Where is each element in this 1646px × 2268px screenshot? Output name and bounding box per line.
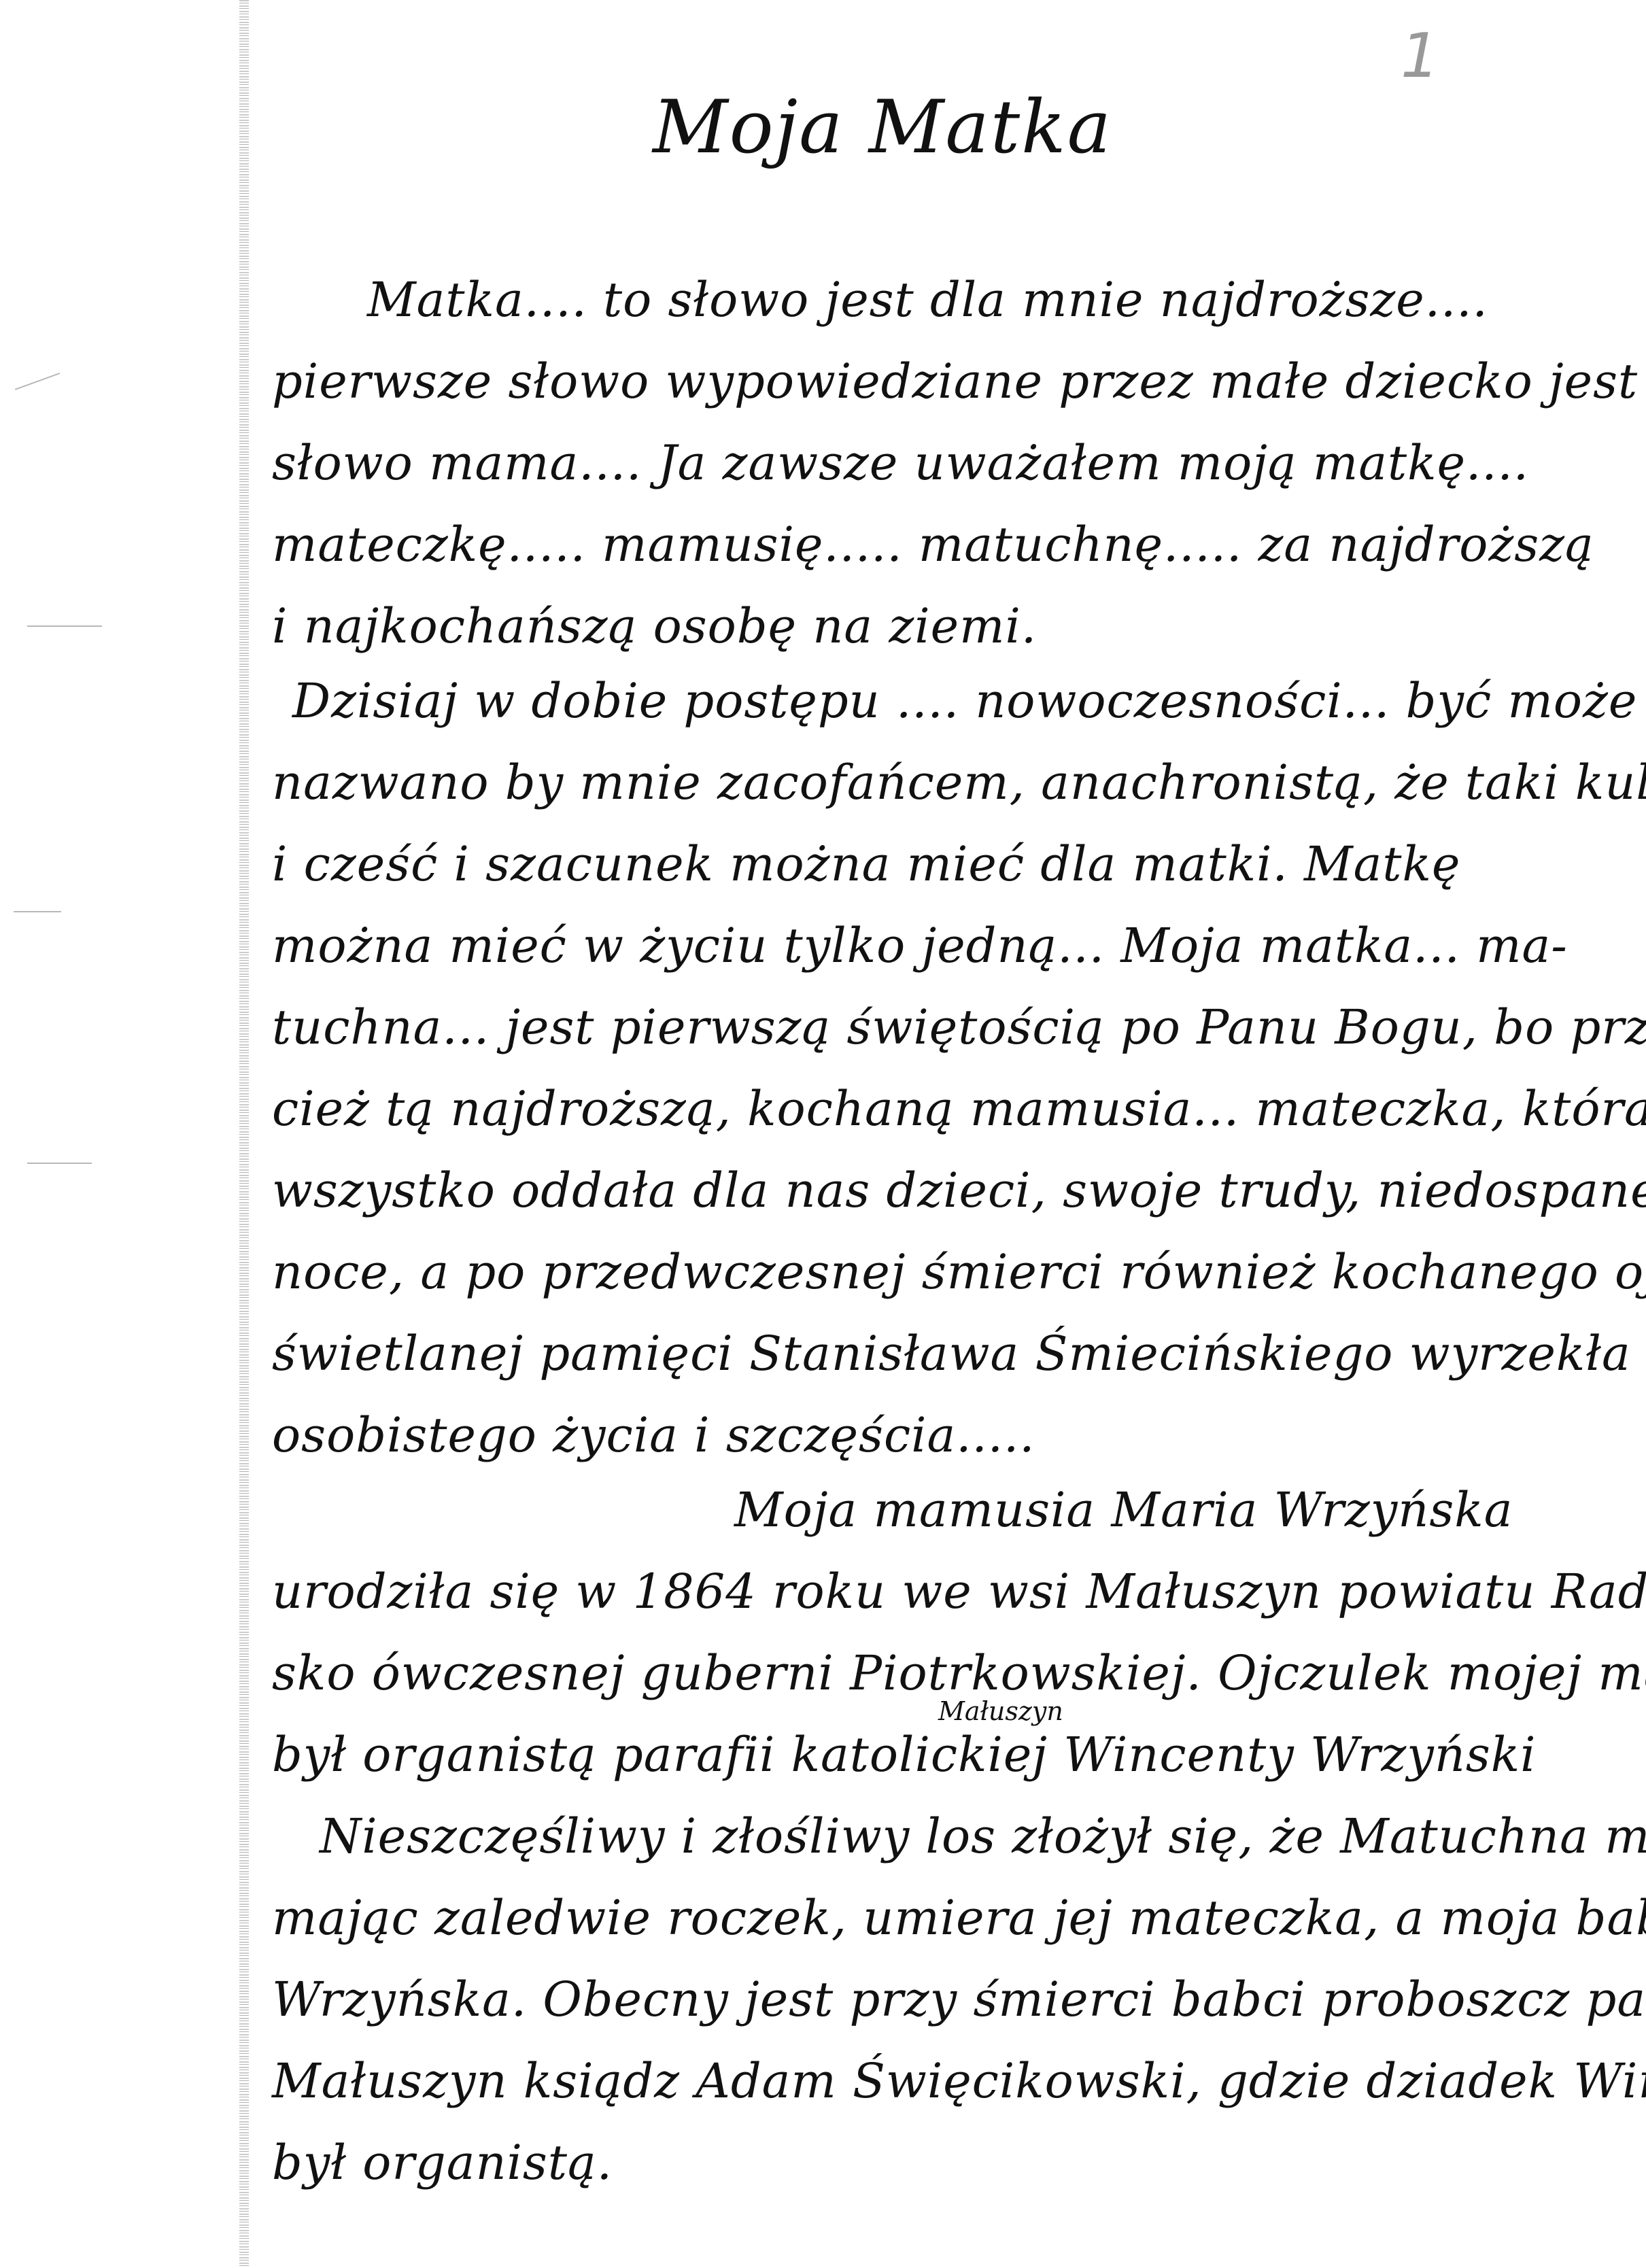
text-line: Matka.... to słowo jest dla mnie najdroż… — [367, 272, 1488, 328]
text-line: świetlanej pamięci Stanisława Śmieciński… — [272, 1326, 1646, 1381]
handwritten-page: 1 Moja Matka Matka.... to słowo jest dla… — [0, 0, 1646, 2268]
text-line: sko ówczesnej guberni Piotrkowskiej. Ojc… — [272, 1645, 1646, 1701]
text-line: noce, a po przedwczesnej śmierci również… — [272, 1244, 1646, 1300]
text-line: osobistego życia i szczęścia..... — [272, 1407, 1035, 1463]
text-line: Nieszczęśliwy i złośliwy los złożył się,… — [320, 1808, 1646, 1864]
text-line: wszystko oddała dla nas dzieci, swoje tr… — [272, 1163, 1646, 1218]
margin-mark — [27, 625, 102, 627]
text-line: pierwsze słowo wypowiedziane przez małe … — [272, 354, 1638, 409]
text-line: można mieć w życiu tylko jedną... Moja m… — [272, 918, 1568, 974]
text-line: Dzisiaj w dobie postępu .... nowoczesnoś… — [292, 673, 1637, 729]
text-line: urodziła się w 1864 roku we wsi Małuszyn… — [272, 1564, 1646, 1619]
text-line: tuchna... jest pierwszą świętością po Pa… — [272, 999, 1646, 1055]
binding-edge — [239, 0, 249, 2268]
margin-mark — [27, 1163, 92, 1164]
page-title: Moja Matka — [653, 85, 1112, 170]
interlinear-insert: Małuszyn — [938, 1696, 1063, 1726]
page-number: 1 — [1401, 20, 1439, 92]
margin-mark — [14, 911, 61, 912]
text-line: i cześć i szacunek można mieć dla matki.… — [272, 836, 1460, 892]
margin-mark — [15, 373, 60, 390]
text-line: i najkochańszą osobę na ziemi. — [272, 598, 1037, 654]
text-line: był organistą. — [272, 2135, 613, 2190]
text-line: mając zaledwie roczek, umiera jej matecz… — [272, 1890, 1646, 1946]
text-line: był organistą parafii katolickiej Wincen… — [272, 1727, 1537, 1783]
text-line: słowo mama.... Ja zawsze uważałem moją m… — [272, 435, 1529, 491]
text-line: Wrzyńska. Obecny jest przy śmierci babci… — [272, 1972, 1646, 2027]
text-line: Moja mamusia Maria Wrzyńska — [734, 1482, 1513, 1538]
text-line: mateczkę..... mamusię..... matuchnę.....… — [272, 517, 1594, 572]
text-line: cież tą najdroższą, kochaną mamusia... m… — [272, 1081, 1646, 1137]
text-line: nazwano by mnie zacofańcem, anachronistą… — [272, 755, 1646, 810]
text-line: Małuszyn ksiądz Adam Święcikowski, gdzie… — [272, 2053, 1646, 2109]
